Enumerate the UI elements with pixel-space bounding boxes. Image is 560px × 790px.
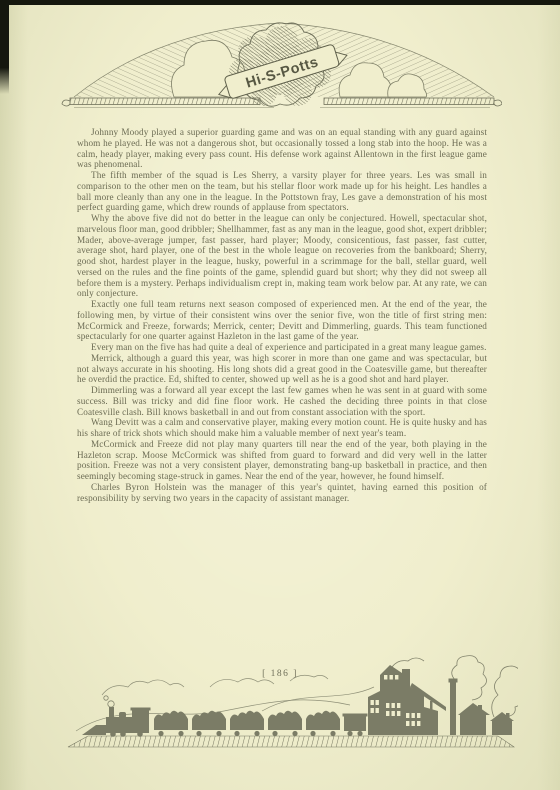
- paragraph: Why the above five did not do better in …: [77, 213, 487, 299]
- paragraph: Every man on the five has had quite a de…: [77, 342, 487, 353]
- colliery-train-illustration: [62, 655, 518, 751]
- track-bed: [68, 736, 514, 747]
- hatched-band-right: [320, 98, 502, 108]
- locomotive: [106, 707, 151, 737]
- paragraph: McCormick and Freeze did not play many q…: [77, 439, 487, 482]
- scan-edge-left: [0, 0, 9, 94]
- scan-edge-top: [0, 0, 560, 5]
- paragraph: Wang Devitt was a calm and conservative …: [77, 417, 487, 439]
- boxcar: [343, 714, 368, 737]
- paragraph: Exactly one full team returns next seaso…: [77, 299, 487, 342]
- colliery-houses: [449, 679, 515, 736]
- hatched-band-left: [62, 98, 274, 108]
- paragraph: The fifth member of the squad is Les She…: [77, 170, 487, 213]
- paragraph: Merrick, although a guard this year, was…: [77, 353, 487, 385]
- train-silhouette: [82, 665, 514, 737]
- coal-breaker: [368, 665, 446, 735]
- paragraph: Charles Byron Holstein was the manager o…: [77, 482, 487, 504]
- yearbook-page: Hi-S-Potts Johnny Moody played a superio…: [0, 0, 560, 790]
- article-text: Johnny Moody played a superior guarding …: [77, 127, 487, 503]
- header-ornament: Hi-S-Potts: [58, 6, 502, 108]
- coal-cars: [154, 711, 340, 736]
- paragraph: Dimmerling was a forward all year except…: [77, 385, 487, 417]
- paragraph: Johnny Moody played a superior guarding …: [77, 127, 487, 170]
